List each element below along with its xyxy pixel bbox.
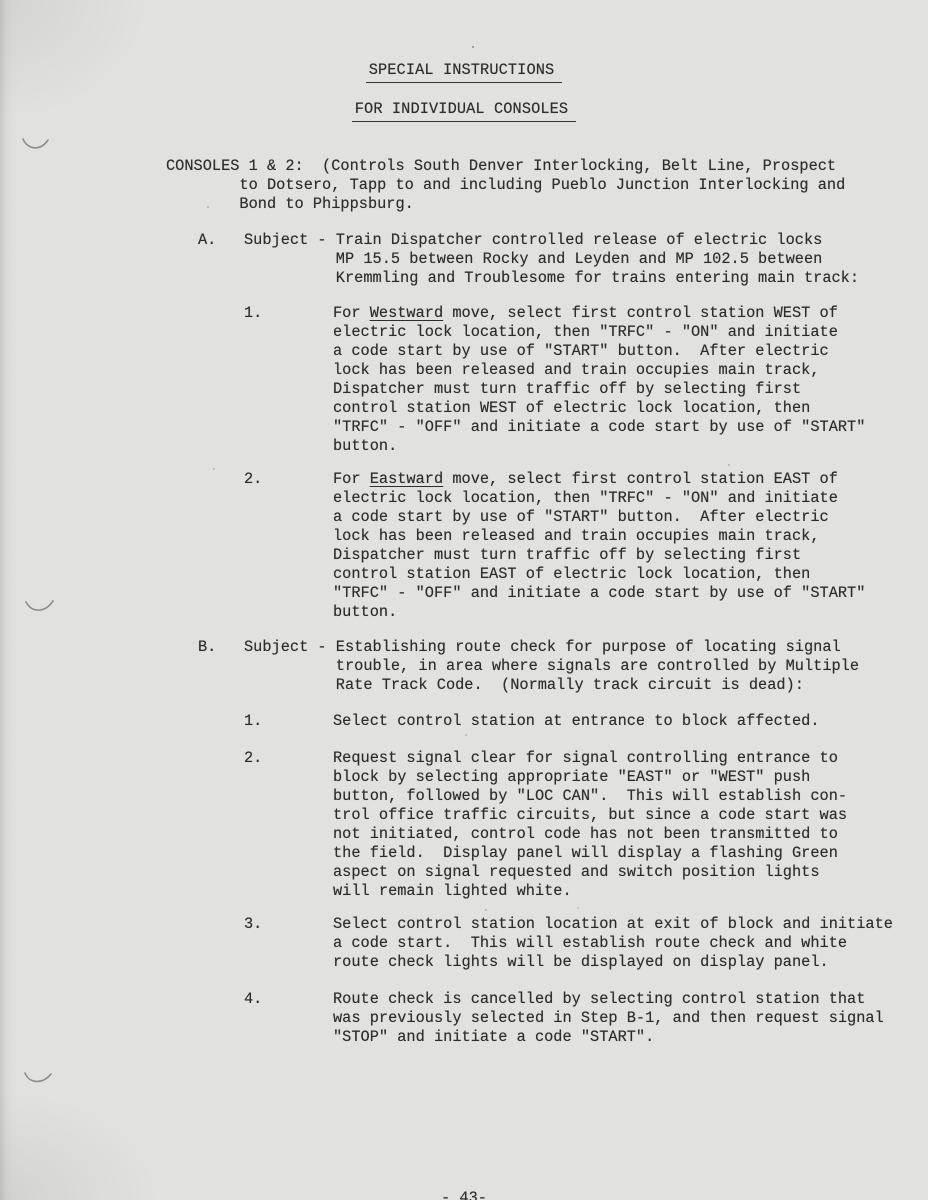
item-number: 2. xyxy=(244,749,333,768)
item-text: For Eastward move, select first control … xyxy=(333,470,865,622)
item-text: Select control station location at exit … xyxy=(333,915,893,972)
instruction-sections: A. Subject - Train Dispatcher controlled… xyxy=(198,231,893,1047)
document-title-line1: SPECIAL INSTRUCTIONS xyxy=(366,61,563,83)
item-text: Select control station at entrance to bl… xyxy=(333,712,820,731)
section-b-item-4: 4. Route check is cancelled by selecting… xyxy=(244,990,893,1047)
section-b-item-1: 1. Select control station at entrance to… xyxy=(244,712,893,731)
section-a-item-1: 1. For Westward move, select first contr… xyxy=(244,304,893,456)
item-number: 1. xyxy=(244,304,333,323)
item-text: Request signal clear for signal controll… xyxy=(333,749,847,901)
section-a-subject: A. Subject - Train Dispatcher controlled… xyxy=(198,231,893,288)
underlined-word: Eastward xyxy=(370,470,443,488)
page-number: - 43- xyxy=(0,1189,928,1200)
section-b-item-2: 2. Request signal clear for signal contr… xyxy=(244,749,893,901)
section-a-subject-prefix: Subject - xyxy=(244,231,336,250)
section-b-item-3: 3. Select control station location at ex… xyxy=(244,915,893,972)
underlined-word: Westward xyxy=(370,304,443,322)
section-b-subject: B. Subject - Establishing route check fo… xyxy=(198,638,893,695)
document-title-line2: FOR INDIVIDUAL CONSOLES xyxy=(352,100,576,122)
item-number: 2. xyxy=(244,470,333,489)
section-a-subject-text: Train Dispatcher controlled release of e… xyxy=(336,231,859,288)
section-a-item-2: 2. For Eastward move, select first contr… xyxy=(244,470,893,622)
item-text: For Westward move, select first control … xyxy=(333,304,865,456)
scanned-document-page: SPECIAL INSTRUCTIONS FOR INDIVIDUAL CONS… xyxy=(0,0,928,1200)
document-content: SPECIAL INSTRUCTIONS FOR INDIVIDUAL CONS… xyxy=(0,0,928,1200)
section-a-label: A. xyxy=(198,231,244,250)
section-b-subject-prefix: Subject - xyxy=(244,638,336,657)
item-number: 3. xyxy=(244,915,333,934)
consoles-intro-paragraph: CONSOLES 1 & 2: (Controls South Denver I… xyxy=(166,157,845,214)
item-text: Route check is cancelled by selecting co… xyxy=(333,990,884,1047)
item-number: 1. xyxy=(244,712,333,731)
section-b-subject-text: Establishing route check for purpose of … xyxy=(336,638,859,695)
item-number: 4. xyxy=(244,990,333,1009)
section-b-label: B. xyxy=(198,638,244,657)
document-header: SPECIAL INSTRUCTIONS FOR INDIVIDUAL CONS… xyxy=(0,61,928,122)
